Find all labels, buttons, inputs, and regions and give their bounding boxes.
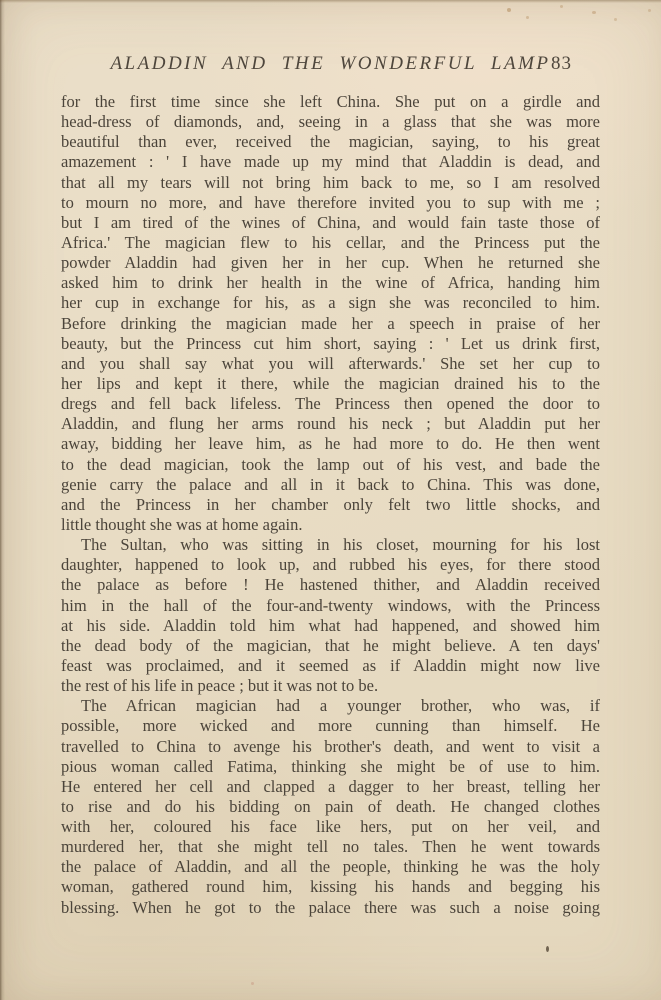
text-line: powder Aladdin had given her in her cup.… <box>61 253 600 273</box>
text-line: Africa.' The magician flew to his cellar… <box>61 233 600 253</box>
text-line: dregs and fell back lifeless. The Prince… <box>61 394 600 414</box>
text-line: but I am tired of the wines of China, an… <box>61 213 600 233</box>
text-line: daughter, happened to look up, and rubbe… <box>61 555 600 575</box>
text-line: the rest of his life in peace ; but it w… <box>61 676 600 696</box>
text-line: him in the hall of the four-and-twenty w… <box>61 596 600 616</box>
text-line: pious woman called Fatima, thinking she … <box>61 757 600 777</box>
page-number: 83 <box>551 53 572 75</box>
scan-speck <box>614 18 617 21</box>
text-line: He entered her cell and clapped a dagger… <box>61 777 600 797</box>
text-line: feast was proclaimed, and it seemed as i… <box>61 656 600 676</box>
text-line: travelled to China to avenge his brother… <box>61 737 600 757</box>
scan-speck <box>648 9 651 12</box>
text-line: head-dress of diamonds, and, seeing in a… <box>61 112 600 132</box>
text-line: The African magician had a younger broth… <box>61 696 600 716</box>
text-line: for the first time since she left China.… <box>61 92 600 112</box>
text-line: asked him to drink her health in the win… <box>61 273 600 293</box>
text-line: amazement : ' I have made up my mind tha… <box>61 152 600 172</box>
scan-speck <box>526 16 529 19</box>
text-line: Aladdin, and flung her arms round his ne… <box>61 414 600 434</box>
text-line: her lips and kept it there, while the ma… <box>61 374 600 394</box>
text-line: to the dead magician, took the lamp out … <box>61 455 600 475</box>
text-line: possible, more wicked and more cunning t… <box>61 716 600 736</box>
text-line: that all my tears will not bring him bac… <box>61 173 600 193</box>
scan-speck <box>592 11 596 14</box>
text-line: Before drinking the magician made her a … <box>61 314 600 334</box>
text-line: the palace of Aladdin, and all the peopl… <box>61 857 600 877</box>
text-line: to rise and do his bidding on pain of de… <box>61 797 600 817</box>
text-line: to mourn no more, and have therefore inv… <box>61 193 600 213</box>
text-line: little thought she was at home again. <box>61 515 600 535</box>
text-line: murdered her, that she might tell no tal… <box>61 837 600 857</box>
scan-speck <box>560 5 563 8</box>
text-line: with her, coloured his face like hers, p… <box>61 817 600 837</box>
text-line: the palace as before ! He hastened thith… <box>61 575 600 595</box>
text-line: at his side. Aladdin told him what had h… <box>61 616 600 636</box>
text-line: genie carry the palace and all in it bac… <box>61 475 600 495</box>
scan-speck <box>546 946 549 952</box>
text-line: beautiful than ever, received the magici… <box>61 132 600 152</box>
running-header-title: ALADDIN AND THE WONDERFUL LAMP <box>110 53 550 74</box>
text-line: and the Princess in her chamber only fel… <box>61 495 600 515</box>
page-body: for the first time since she left China.… <box>61 92 600 918</box>
text-line: blessing. When he got to the palace ther… <box>61 898 600 918</box>
scan-speck <box>251 982 254 985</box>
text-line: woman, gathered round him, kissing his h… <box>61 877 600 897</box>
text-line: The Sultan, who was sitting in his close… <box>61 535 600 555</box>
text-line: away, bidding her leave him, as he had m… <box>61 434 600 454</box>
running-header: ALADDIN AND THE WONDERFUL LAMP 83 <box>61 53 600 75</box>
text-line: the dead body of the magician, that he m… <box>61 636 600 656</box>
scan-speck <box>507 8 511 12</box>
text-line: and you shall say what you will afterwar… <box>61 354 600 374</box>
text-line: beauty, but the Princess cut him short, … <box>61 334 600 354</box>
text-line: her cup in exchange for his, as a sign s… <box>61 293 600 313</box>
book-page: ALADDIN AND THE WONDERFUL LAMP 83 for th… <box>0 0 661 1000</box>
